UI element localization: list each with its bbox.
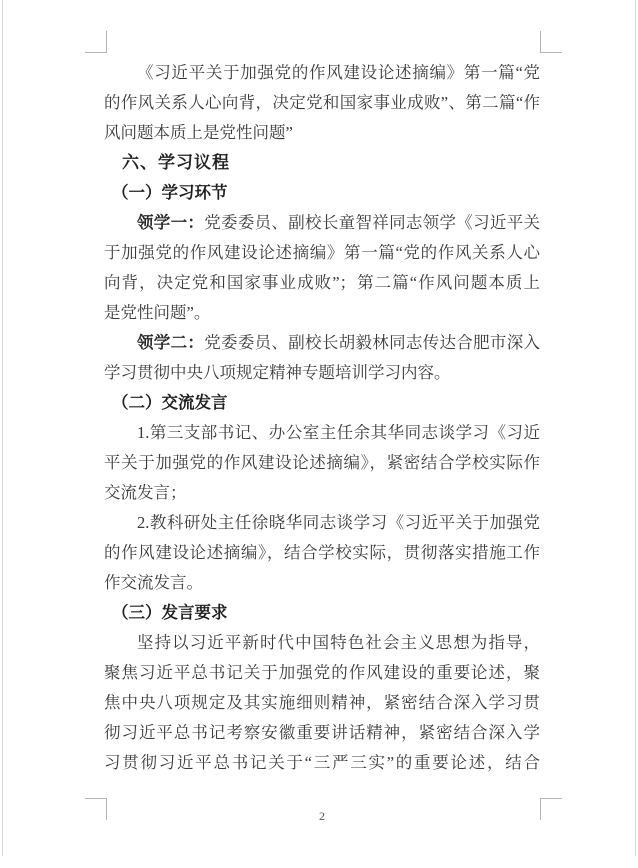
text-line: 向背，决定党和国家事业成败”；第二篇“作风问题本质上 (104, 268, 540, 298)
text-line: 是党性问题”。 (104, 298, 540, 328)
text-run: 平关于加强党的作风建设论述摘编》，紧密结合学校实际作 (104, 453, 540, 472)
heading-study-session: （一）学习环节 (104, 178, 540, 208)
lead-label: 领学二： (137, 333, 204, 352)
text-line: 聚焦习近平总书记关于加强党的作风建设的重要论述，聚 (104, 658, 540, 688)
text-line: 交流发言； (104, 478, 540, 508)
paragraph-excerpt-titles: 《习近平关于加强党的作风建设论述摘编》第一篇“党的作风关系人心向背，决定党和国家… (104, 58, 540, 148)
margin-crop-mark-bottom-right (540, 798, 562, 820)
text-run: 党委委员、副校长胡毅林同志传达合肥市深入 (204, 333, 540, 352)
page-number: 2 (104, 806, 540, 826)
page-right-edge (635, 0, 636, 856)
paragraph-requirements: 坚持以习近平新时代中国特色社会主义思想为指导，聚焦习近平总书记关于加强党的作风建… (104, 628, 540, 778)
text-line: 的作风关系人心向背，决定党和国家事业成败”、第二篇“作 (104, 88, 540, 118)
paragraph-lead-study-2: 领学二：党委委员、副校长胡毅林同志传达合肥市深入学习贯彻中央八项规定精神专题培训… (104, 328, 540, 388)
margin-crop-mark-top-right (540, 31, 562, 53)
text-run: 焦中央八项规定及其实施细则精神，紧密结合深入学习贯 (104, 693, 540, 712)
text-area: 《习近平关于加强党的作风建设论述摘编》第一篇“党的作风关系人心向背，决定党和国家… (104, 58, 540, 778)
text-run: 彻习近平总书记考察安徽重要讲话精神，紧密结合深入学 (104, 723, 540, 742)
text-run: 1.第三支部书记、办公室主任余其华同志谈学习《习近 (137, 423, 540, 442)
text-line: 坚持以习近平新时代中国特色社会主义思想为指导， (104, 628, 540, 658)
text-line: 领学二：党委委员、副校长胡毅林同志传达合肥市深入 (104, 328, 540, 358)
text-line: 学习贯彻中央八项规定精神专题培训学习内容。 (104, 358, 540, 388)
paragraph-speaker-1: 1.第三支部书记、办公室主任余其华同志谈学习《习近平关于加强党的作风建设论述摘编… (104, 418, 540, 508)
text-run: 习贯彻习近平总书记关于“三严三实”的重要论述，结合 (104, 753, 540, 772)
document-page: { "page": { "number": "2" }, "colors": {… (0, 0, 638, 868)
text-run: 的作风建设论述摘编》，结合学校实际，贯彻落实措施工作 (104, 543, 540, 562)
text-line: 焦中央八项规定及其实施细则精神，紧密结合深入学习贯 (104, 688, 540, 718)
text-line: 风问题本质上是党性问题” (104, 118, 540, 148)
text-line: 领学一：党委委员、副校长童智祥同志领学《习近平关 (104, 208, 540, 238)
text-run: 学习贯彻中央八项规定精神专题培训学习内容。 (104, 363, 451, 382)
text-line: 作交流发言。 (104, 568, 540, 598)
text-run: 坚持以习近平新时代中国特色社会主义思想为指导， (137, 633, 540, 652)
text-run: 党委委员、副校长童智祥同志领学《习近平关 (204, 213, 540, 232)
text-line: 2.教科研处主任徐晓华同志谈学习《习近平关于加强党 (104, 508, 540, 538)
lead-label: 领学一： (137, 213, 204, 232)
text-line: 习贯彻习近平总书记关于“三严三实”的重要论述，结合 (104, 748, 540, 778)
paragraph-speaker-2: 2.教科研处主任徐晓华同志谈学习《习近平关于加强党的作风建设论述摘编》，结合学校… (104, 508, 540, 598)
text-run: 作交流发言。 (104, 573, 203, 592)
text-run: 交流发言； (104, 483, 187, 502)
text-line: 《习近平关于加强党的作风建设论述摘编》第一篇“党 (104, 58, 540, 88)
text-run: 《习近平关于加强党的作风建设论述摘编》第一篇“党 (137, 63, 540, 82)
heading-exchange-speeches: （二）交流发言 (104, 388, 540, 418)
text-line: 平关于加强党的作风建设论述摘编》，紧密结合学校实际作 (104, 448, 540, 478)
text-line: 彻习近平总书记考察安徽重要讲话精神，紧密结合深入学 (104, 718, 540, 748)
text-run: 于加强党的作风建设论述摘编》第一篇“党的作风关系人心 (104, 243, 540, 262)
text-run: 是党性问题”。 (104, 303, 210, 322)
text-run: 的作风关系人心向背，决定党和国家事业成败”、第二篇“作 (104, 93, 540, 112)
page-left-edge (2, 0, 3, 856)
heading-speech-requirements: （三）发言要求 (104, 598, 540, 628)
text-run: 2.教科研处主任徐晓华同志谈学习《习近平关于加强党 (137, 513, 540, 532)
text-line: 1.第三支部书记、办公室主任余其华同志谈学习《习近 (104, 418, 540, 448)
text-line: 的作风建设论述摘编》，结合学校实际，贯彻落实措施工作 (104, 538, 540, 568)
text-run: 向背，决定党和国家事业成败”；第二篇“作风问题本质上 (104, 273, 540, 292)
paragraph-lead-study-1: 领学一：党委委员、副校长童智祥同志领学《习近平关于加强党的作风建设论述摘编》第一… (104, 208, 540, 328)
text-run: 风问题本质上是党性问题” (104, 123, 293, 142)
text-run: 聚焦习近平总书记关于加强党的作风建设的重要论述，聚 (104, 663, 540, 682)
text-line: 于加强党的作风建设论述摘编》第一篇“党的作风关系人心 (104, 238, 540, 268)
heading-study-agenda: 六、学习议程 (104, 148, 540, 178)
margin-crop-mark-top-left (85, 31, 107, 53)
